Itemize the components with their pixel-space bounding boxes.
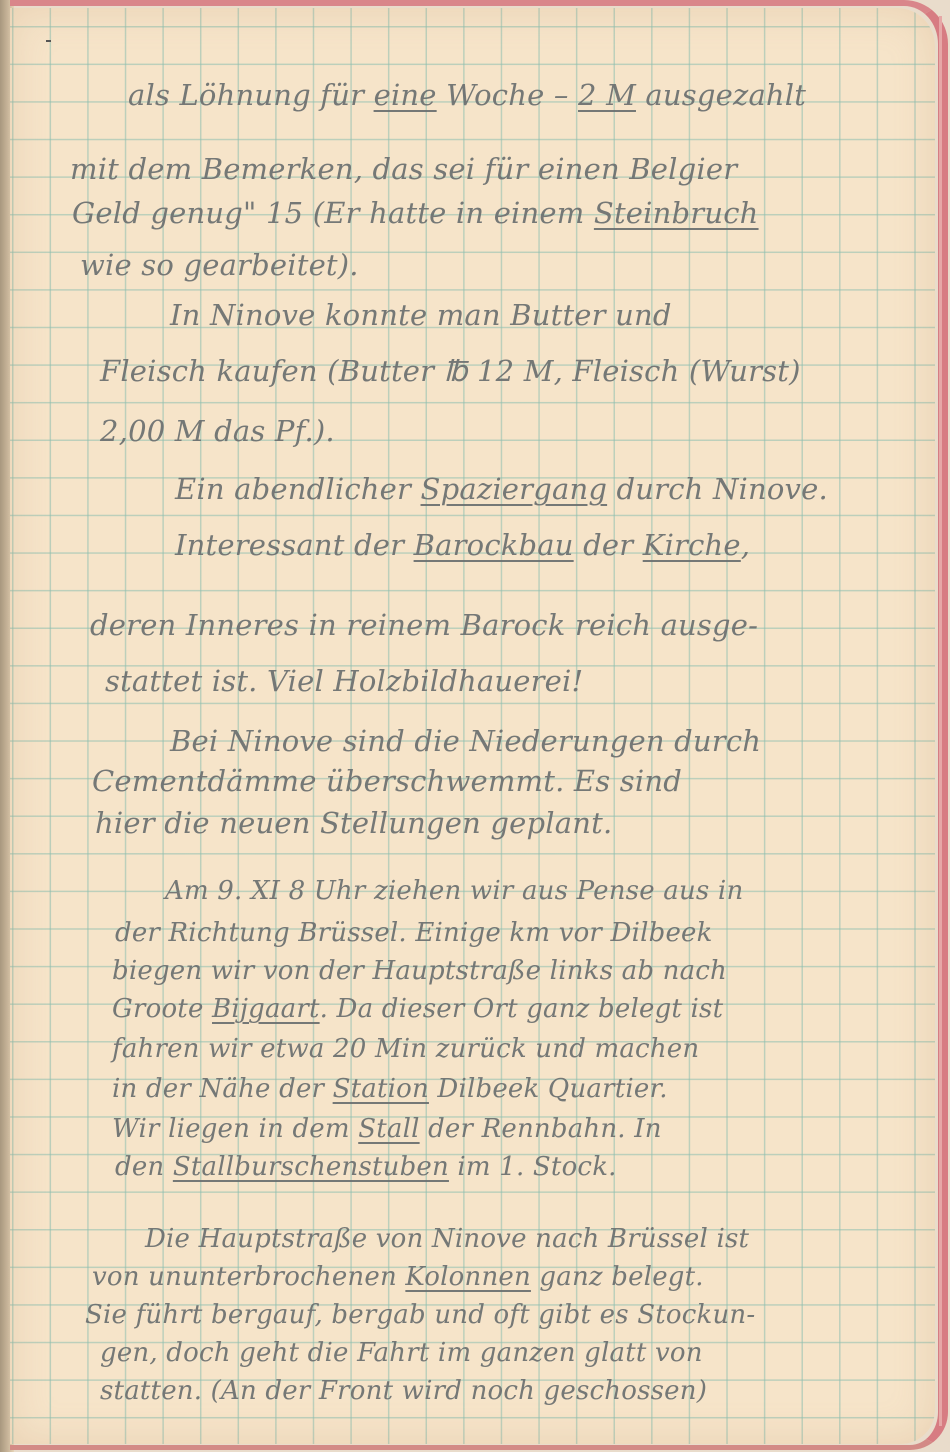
- underlined-word: Barockbau: [414, 528, 574, 562]
- text-line-5: In Ninove konnte man Butter und: [170, 298, 672, 332]
- text-line-13: Cementdämme überschwemmt. Es sind: [92, 764, 682, 798]
- text-line-15: Am 9. XI 8 Uhr ziehen wir aus Pense aus …: [165, 876, 743, 906]
- underlined-word: Spaziergang: [421, 472, 608, 506]
- text-line-7: 2,00 M das Pf.).: [100, 414, 335, 448]
- text-line-14: hier die neuen Stellungen geplant.: [95, 806, 612, 840]
- text-line-8: Ein abendlicher Spaziergang durch Ninove…: [175, 472, 828, 506]
- text-line-24: von ununterbrochenen Kolonnen ganz beleg…: [92, 1262, 704, 1292]
- text-line-27: statten. (An der Front wird noch geschos…: [100, 1376, 707, 1406]
- text-line-19: fahren wir etwa 20 Min zurück und machen: [112, 1034, 699, 1064]
- text-line-1: als Löhnung für eine Woche – 2 M ausgeza…: [128, 78, 806, 112]
- text-line-20: in der Nähe der Station Dilbeek Quartier…: [112, 1074, 668, 1104]
- text-line-9: Interessant der Barockbau der Kirche,: [175, 528, 750, 562]
- underlined-word: Bijgaart: [212, 994, 320, 1024]
- text-line-4: wie so gearbeitet).: [80, 248, 359, 282]
- underlined-word: 2 M: [578, 78, 636, 112]
- text-line-16: der Richtung Brüssel. Einige km vor Dilb…: [115, 918, 713, 948]
- underlined-word: Kirche: [643, 528, 741, 562]
- text-line-10: deren Inneres in reinem Barock reich aus…: [90, 608, 758, 642]
- text-line-21: Wir liegen in dem Stall der Rennbahn. In: [112, 1114, 662, 1144]
- text-line-25: Sie führt bergauf, bergab und oft gibt e…: [85, 1300, 755, 1330]
- text-line-17: biegen wir von der Hauptstraße links ab …: [112, 956, 727, 986]
- underlined-word: Steinbruch: [594, 196, 759, 230]
- text-line-26: gen, doch geht die Fahrt im ganzen glatt…: [100, 1338, 703, 1368]
- text-line-6: Fleisch kaufen (Butter ℔ 12 M, Fleisch (…: [100, 354, 801, 388]
- underlined-word: Station: [333, 1074, 429, 1104]
- handwritten-text: als Löhnung für eine Woche – 2 M ausgeza…: [0, 0, 950, 1452]
- underlined-word: Stallburschenstuben: [173, 1152, 449, 1182]
- text-line-11: stattet ist. Viel Holzbildhauerei!: [105, 664, 583, 698]
- text-line-3: Geld genug" 15 (Er hatte in einem Steinb…: [72, 196, 759, 230]
- text-line-22: den Stallburschenstuben im 1. Stock.: [115, 1152, 617, 1182]
- underlined-word: eine: [374, 78, 437, 112]
- underlined-word: Stall: [358, 1114, 419, 1144]
- underlined-word: Kolonnen: [405, 1262, 531, 1292]
- text-line-2: mit dem Bemerken, das sei für einen Belg…: [70, 152, 737, 186]
- text-line-12: Bei Ninove sind die Niederungen durch: [170, 724, 761, 758]
- text-line-18: Groote Bijgaart. Da dieser Ort ganz bele…: [112, 994, 723, 1024]
- text-line-23: Die Hauptstraße von Ninove nach Brüssel …: [145, 1224, 749, 1254]
